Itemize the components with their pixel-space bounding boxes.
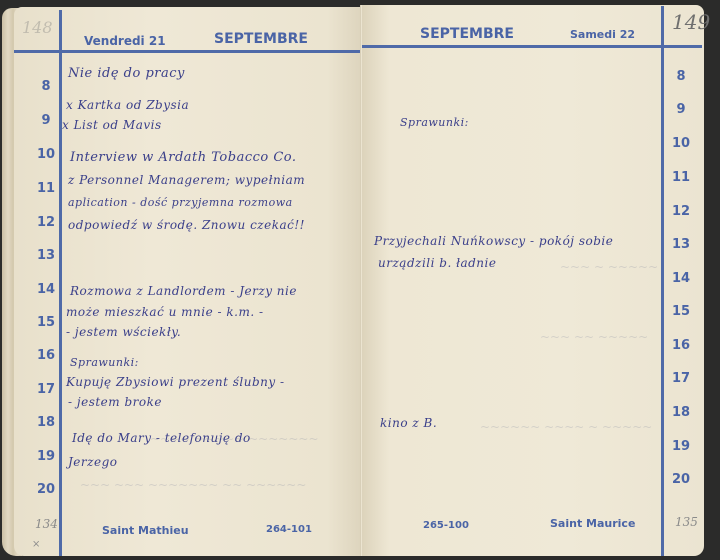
right-hour-8: 8 (668, 69, 694, 84)
left-entry: x List od Mavis (62, 118, 162, 132)
open-diary: 148 Vendredi 21 SEPTEMBRE 8 9 10 11 12 1… (0, 0, 720, 560)
left-hour-16: 16 (33, 348, 59, 363)
left-entry: Rozmowa z Landlordem - Jerzy nie (70, 284, 297, 298)
left-entry: Sprawunki: (70, 356, 139, 369)
right-entry: kino z B. (380, 416, 437, 430)
left-month-label: SEPTEMBRE (214, 31, 308, 47)
right-hour-19: 19 (668, 439, 694, 454)
left-entry: Jerzego (68, 455, 117, 469)
right-header-rule (362, 45, 702, 48)
right-entry: Przyjechali Nuńkowscy - pokój sobie (374, 234, 613, 248)
left-entry: Interview w Ardath Tobacco Co. (70, 150, 297, 165)
right-hour-17: 17 (668, 371, 694, 386)
right-month-label: SEPTEMBRE (420, 26, 514, 42)
right-day-label: Samedi 22 (570, 28, 635, 41)
left-entry: z Personnel Managerem; wypełniam (68, 173, 305, 187)
left-entry: x Kartka od Zbysia (66, 98, 189, 112)
left-hour-19: 19 (33, 449, 59, 464)
left-hour-20: 20 (33, 482, 59, 497)
left-entry: - jestem broke (68, 395, 162, 409)
left-day-count: 264-101 (266, 524, 312, 535)
bleed-through-text: ~~~ ~ ~~~~~ (560, 260, 658, 274)
left-day-label: Vendredi 21 (84, 34, 166, 48)
right-corner-pencil-number: 149 (672, 10, 710, 34)
left-header-rule (14, 50, 360, 53)
left-corner-pencil-number: 148 (22, 18, 53, 37)
right-hour-16: 16 (668, 338, 694, 353)
right-hour-12: 12 (668, 204, 694, 219)
right-hour-15: 15 (668, 304, 694, 319)
left-hour-12: 12 (33, 215, 59, 230)
left-footer-mark: × (32, 539, 40, 550)
right-hour-11: 11 (668, 170, 694, 185)
right-hour-9: 9 (668, 102, 694, 117)
left-hour-8: 8 (33, 79, 59, 94)
right-saint-name: Saint Maurice (550, 517, 635, 530)
left-entry: Nie idę do pracy (68, 66, 185, 81)
right-page (362, 5, 704, 556)
right-day-count: 265-100 (423, 520, 469, 531)
left-entry: odpowiedź w środę. Znowu czekać!! (68, 218, 305, 232)
left-entry: aplication - dość przyjemna rozmowa (68, 196, 293, 209)
left-entry: - jestem wściekły. (66, 325, 181, 339)
left-entry: Kupuję Zbysiowi prezent ślubny - (66, 375, 285, 389)
left-hour-15: 15 (33, 315, 59, 330)
bleed-through-text: ~~~ ~~ ~~~~~ (540, 330, 648, 344)
bleed-through-text: ~~~ ~~~ ~~~~~~~ ~~ ~~~~~~ (80, 478, 306, 492)
left-hour-9: 9 (33, 113, 59, 128)
left-hour-13: 13 (33, 248, 59, 263)
left-margin-rule (59, 10, 62, 556)
left-hour-10: 10 (33, 147, 59, 162)
left-hour-17: 17 (33, 382, 59, 397)
left-hour-18: 18 (33, 415, 59, 430)
right-page-number: 135 (675, 515, 698, 529)
left-entry: może mieszkać u mnie - k.m. - (66, 305, 264, 319)
right-hour-14: 14 (668, 271, 694, 286)
right-margin-rule (661, 6, 664, 556)
right-hour-10: 10 (668, 136, 694, 151)
right-entry: Sprawunki: (400, 116, 469, 129)
right-hour-20: 20 (668, 472, 694, 487)
left-page-number: 134 (35, 517, 58, 531)
right-entry: urządzili b. ładnie (378, 256, 496, 270)
left-hour-11: 11 (33, 181, 59, 196)
left-hour-14: 14 (33, 282, 59, 297)
bleed-through-text: ~~~~~~ ~~~~ ~ ~~~~~ (480, 420, 652, 434)
right-hour-13: 13 (668, 237, 694, 252)
right-hour-18: 18 (668, 405, 694, 420)
left-page (14, 7, 362, 556)
left-saint-name: Saint Mathieu (102, 524, 189, 537)
bleed-through-text: ~~~~ ~~~~~ ~~~~~~~ (150, 432, 319, 446)
